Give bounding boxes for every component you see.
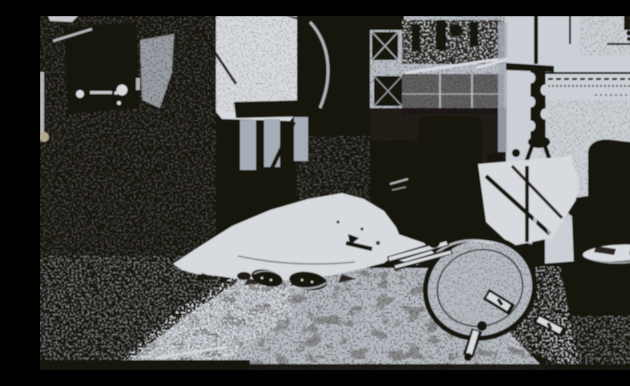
side-table bbox=[234, 100, 318, 170]
crime-scene-photo: High-contrast monochrome photograph of a… bbox=[40, 16, 630, 370]
table-items bbox=[512, 149, 520, 157]
shadow-speckle bbox=[546, 316, 630, 370]
table-top bbox=[234, 100, 318, 118]
opening-grain bbox=[216, 16, 297, 112]
table-leg-gap bbox=[294, 117, 308, 161]
cabinet-top-objects bbox=[370, 16, 404, 30]
radio-body bbox=[64, 22, 140, 114]
scene bbox=[40, 16, 630, 370]
dark-chair-hump bbox=[418, 116, 482, 196]
cabinet-side-edge bbox=[498, 22, 507, 152]
wall-grain bbox=[580, 16, 630, 56]
bottom-edge-band bbox=[40, 360, 250, 370]
radio-knob bbox=[117, 85, 128, 96]
photo-canvas: High-contrast monochrome photograph of a… bbox=[40, 16, 630, 370]
left-edge-sliver bbox=[40, 72, 44, 134]
radio-dial-knob bbox=[76, 90, 84, 98]
table-leg-gap bbox=[240, 120, 256, 170]
radio-dial-scale bbox=[90, 91, 112, 94]
